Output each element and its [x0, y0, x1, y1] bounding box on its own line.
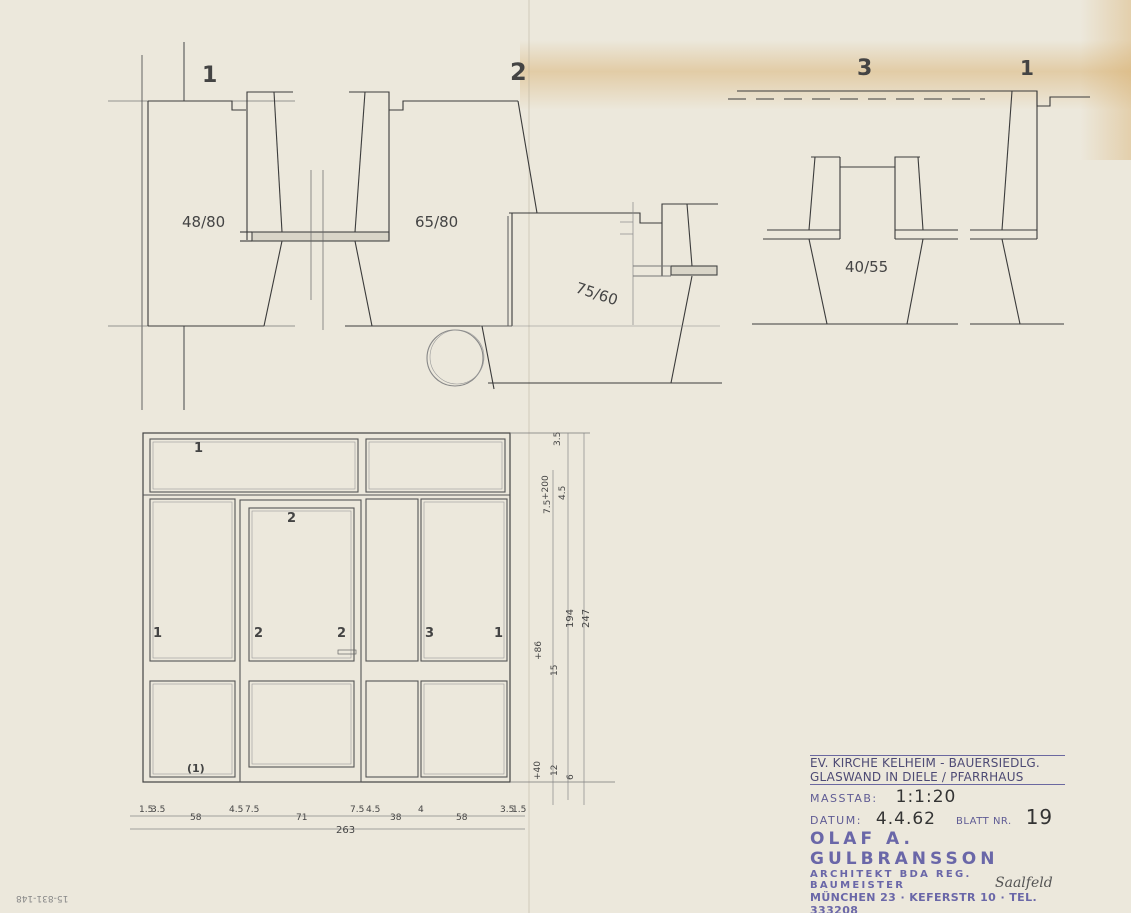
svg-text:2: 2	[510, 58, 527, 86]
svg-text:75/60: 75/60	[573, 279, 620, 309]
svg-text:3.5: 3.5	[151, 805, 165, 815]
svg-text:2: 2	[287, 511, 296, 526]
svg-text:3: 3	[425, 626, 434, 641]
svg-text:71: 71	[296, 813, 307, 823]
svg-text:40/55: 40/55	[845, 258, 888, 276]
date-row: DATUM: 4.4.62 BLATT NR. 19	[810, 805, 1065, 829]
svg-text:58: 58	[456, 813, 468, 823]
svg-text:1: 1	[153, 626, 162, 641]
sheet-label: BLATT NR.	[956, 816, 1012, 827]
svg-text:1.5: 1.5	[512, 805, 526, 815]
svg-text:12: 12	[550, 765, 560, 776]
horizontal-dimension-text: 1.5 3.5 58 4.5 7.5 71 7.5 4.5 38 4 58 3.…	[139, 805, 526, 836]
svg-text:4: 4	[418, 805, 424, 815]
vertical-dimension-text: 3.5 +200 4.5 7.5 +86 15 +40 12 6 194 247	[533, 432, 592, 780]
svg-text:7.5: 7.5	[543, 500, 553, 514]
section-plan-left	[108, 42, 537, 410]
svg-text:2: 2	[254, 626, 263, 641]
section-markers: 1 2 3 1	[202, 56, 1034, 88]
scale-label: MASSTAB:	[810, 792, 878, 805]
svg-text:4.5: 4.5	[229, 805, 243, 815]
svg-text:1: 1	[194, 441, 203, 456]
svg-text:7.5: 7.5	[245, 805, 259, 815]
svg-text:247: 247	[581, 609, 592, 628]
title-block: EV. KIRCHE KELHEIM - BAUERSIEDLG. GLASWA…	[810, 755, 1065, 913]
svg-text:1: 1	[202, 63, 217, 88]
catalog-number: 15-831-148	[16, 893, 68, 903]
svg-text:194: 194	[565, 609, 576, 628]
svg-text:263: 263	[336, 825, 355, 836]
architect-name: OLAF A. GULBRANSSON	[810, 829, 1065, 869]
svg-text:1: 1	[494, 626, 503, 641]
svg-text:65/80: 65/80	[415, 213, 458, 231]
svg-text:58: 58	[190, 813, 202, 823]
elevation-labels: 1 2 1 2 2 3 1 (1)	[153, 441, 503, 775]
scale-row: MASSTAB: 1:1:20	[810, 787, 1065, 807]
svg-text:+200: +200	[541, 475, 551, 500]
svg-text:(1): (1)	[187, 762, 205, 775]
svg-text:48/80: 48/80	[182, 213, 225, 231]
svg-text:3: 3	[857, 56, 872, 81]
svg-text:4.5: 4.5	[366, 805, 380, 815]
svg-text:7.5: 7.5	[350, 805, 364, 815]
section-plan-right	[728, 91, 1090, 324]
title-rule-bottom	[810, 784, 1065, 785]
project-title: EV. KIRCHE KELHEIM - BAUERSIEDLG.	[810, 756, 1065, 770]
svg-text:+40: +40	[533, 761, 543, 780]
svg-text:+86: +86	[534, 641, 544, 660]
svg-text:6: 6	[566, 774, 576, 780]
section-dimension-labels: 48/80 65/80 75/60 40/55	[182, 213, 888, 309]
architect-address: MÜNCHEN 23 · KEFERSTR 10 · TEL. 333208	[810, 891, 1065, 913]
scale-value: 1:1:20	[896, 787, 957, 807]
date-label: DATUM:	[810, 814, 862, 827]
signature: Saalfeld	[995, 875, 1053, 891]
svg-text:15: 15	[550, 665, 560, 676]
drawing-sheet: 1 2 3 1 48/80 65/80 75/60 40/55 1 2 1 2 …	[0, 0, 1131, 913]
svg-text:1: 1	[1020, 56, 1034, 80]
sheet-number: 19	[1026, 805, 1053, 829]
date-value: 4.4.62	[876, 809, 936, 829]
svg-text:4.5: 4.5	[558, 486, 568, 500]
svg-text:38: 38	[390, 813, 402, 823]
svg-text:3.5: 3.5	[553, 432, 563, 446]
drawing-subject: GLASWAND IN DIELE / PFARRHAUS	[810, 770, 1065, 784]
svg-text:2: 2	[337, 626, 346, 641]
